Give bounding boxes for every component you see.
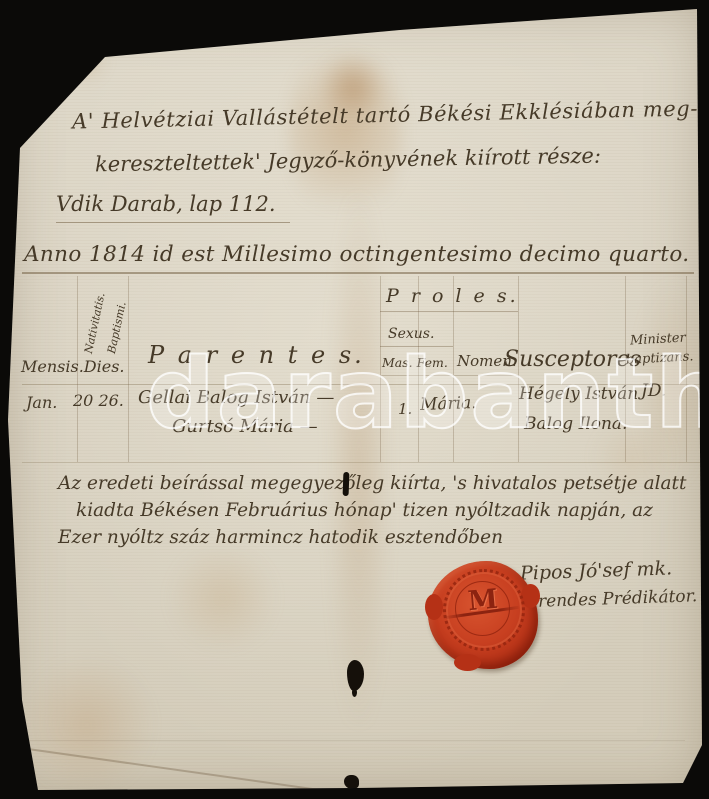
header-proles: P r o l e s. — [386, 285, 519, 307]
fold-crease-horizontal — [25, 740, 685, 741]
stain-bottom-left-round — [165, 548, 280, 648]
header-nativitatis: Nativitatis. — [82, 291, 108, 354]
row-mensis: Jan. — [26, 393, 57, 412]
closing-line-2: kiadta Békésen Februárius hónap' tizen n… — [76, 500, 653, 521]
ink-blot-large — [347, 660, 364, 691]
header-mensis-dies: Mensis.Dies. — [21, 357, 125, 376]
anno-line: Anno 1814 id est Millesimo octingentesim… — [24, 242, 690, 267]
closing-line-1: Az eredeti beírással megegyezőleg kiírta… — [58, 473, 686, 494]
wax-seal-bump-left — [425, 594, 443, 620]
ink-blot-small — [343, 472, 350, 496]
table-bottom-rule — [22, 462, 700, 463]
wax-seal-bump-bottom — [454, 654, 481, 671]
stain-top-center — [288, 28, 403, 233]
volume-line: Vdik Darab, lap 112. — [56, 192, 276, 216]
fold-crease-bottom-diagonal — [28, 748, 335, 793]
ink-blot-bottom-edge — [344, 775, 359, 789]
stain-left-corner — [22, 655, 152, 795]
title-line-2: kereszteltettek' Jegyző-könyvének kiírot… — [95, 144, 601, 177]
volume-underline — [56, 222, 290, 223]
row-dies: 20 26. — [73, 391, 124, 410]
header-baptismi: Baptismi. — [105, 300, 129, 354]
signature-name: Pipos Jó'sef mk. — [520, 557, 673, 584]
photo-of-document: { "watermark": { "text": "darabanth" }, … — [0, 0, 709, 799]
closing-line-3: Ezer nyóltz száz harmincz hatodik eszten… — [58, 527, 503, 548]
stain-top-left — [52, 44, 112, 78]
ink-blot-tail — [352, 688, 357, 697]
proles-underline — [380, 311, 518, 312]
title-line-1: A' Helvétziai Vallástételt tartó Békési … — [72, 96, 698, 133]
document-paper: A' Helvétziai Vallástételt tartó Békési … — [0, 0, 709, 799]
table-top-rule — [22, 272, 694, 274]
darabanth-watermark: darabanth — [146, 346, 709, 442]
signature-title: rendes Prédikátor. — [538, 586, 698, 612]
